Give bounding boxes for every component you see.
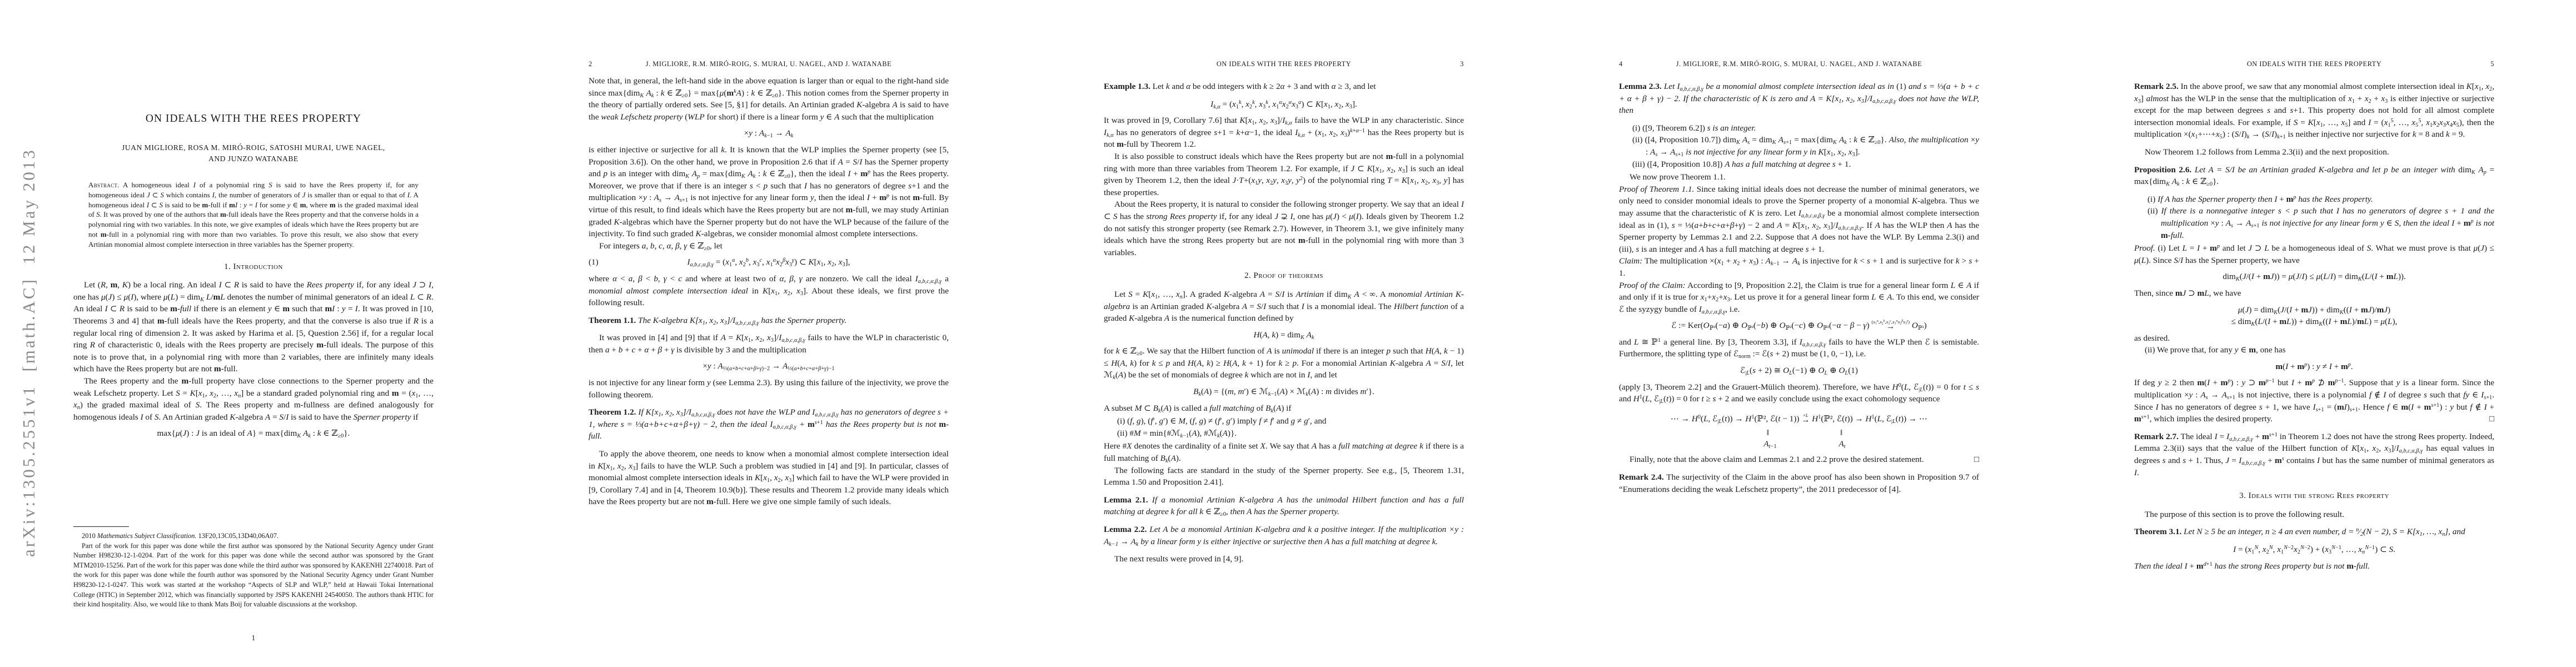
theorem-1-1: Theorem 1.1. The K-algebra K[x1, x2, x3]… [589,315,949,327]
formula: dimK(J/(I + mJ)) = μ(J/I) ≤ μ(L/I) = dim… [2134,271,2494,283]
page-1-content: ON IDEALS WITH THE REES PROPERTYJUAN MIG… [73,112,434,444]
para: To apply the above theorem, one needs to… [589,448,949,508]
footnote-acknowledgements: Part of the work for this paper was done… [73,541,434,610]
page-1: arXiv:1305.2551v1 [math.AC] 12 May 2013 … [0,0,515,667]
list-item: (ii) #M = min{#ℳk−1(A), #ℳk(A)}. [1104,427,1464,440]
paper-authors: JUAN MIGLIORE, ROSA M. MIRÓ-ROIG, SATOSH… [73,142,434,164]
list-item: (i) (f, g), (f′, g′) ∈ M, (f, g) ≠ (f′, … [1104,415,1464,427]
running-head-authors: J. MIGLIORE, R.M. MIRÓ-ROIG, S. MURAI, U… [1676,60,1922,68]
para: The following facts are standard in the … [1104,465,1464,489]
page-number: 2 [589,60,592,68]
theorem-1-2: Theorem 1.2. If K[x1, x2, x3]/Ia,b,c,α,β… [589,406,949,442]
para0: Claim: The multiplication ×(x1 + x2 + x3… [1619,255,1979,279]
example-1-3: Example 1.3. Let k and α be odd integers… [1104,81,1464,93]
paper-title: ON IDEALS WITH THE REES PROPERTY [73,112,434,126]
para0: A subset M ⊂ Bk(A) is called a full matc… [1104,402,1464,415]
page-5-content: Remark 2.5. In the above proof, we saw t… [2134,75,2494,572]
formula: max{μ(J) : J is an ideal of A} = max{dim… [73,427,434,440]
para: Finally, note that the above claim and L… [1619,454,1979,466]
section-heading-introduction: 1. Introduction [73,261,434,273]
page-number: 4 [1619,60,1623,68]
list: (i) (f, g), (f′, g′) ∈ M, (f, g) ≠ (f′, … [1104,415,1464,439]
abstract: Abstract. A homogeneous ideal I of a pol… [88,180,418,250]
page-4-content: Lemma 2.3. Let Ia,b,c,α,β,γ be a monomia… [1619,75,1979,501]
formula: ℰ := Ker(Oℙ²(−a) ⊕ Oℙ²(−b) ⊕ Oℙ²(−c) ⊕ O… [1619,320,1979,332]
lemma-2-3: Lemma 2.3. Let Ia,b,c,α,β,γ be a monomia… [1619,81,1979,117]
list-item: (ii) If there is a nonnegative integer s… [2134,205,2494,241]
section-heading-proof: 2. Proof of theorems [1104,270,1464,282]
running-head: 4 J. MIGLIORE, R.M. MIRÓ-ROIG, S. MURAI,… [1619,60,1979,68]
formula: μ(J) = dimK(J/(I + mJ)) + dimK((I + mJ)/… [2134,304,2494,328]
formula: Bk(A) = {(m, m′) ∈ ℳk−1(A) × ℳk(A) : m d… [1104,386,1464,398]
formula: Ik,α = (x1k, x2k, x3k, x1αx2αx3α) ⊂ K[x1… [1104,98,1464,111]
para: We now prove Theorem 1.1. [1619,171,1979,183]
para: (ii) We prove that, for any y ∈ m, one h… [2134,344,2494,356]
running-head-authors: J. MIGLIORE, R.M. MIRÓ-ROIG, S. MURAI, U… [646,60,891,68]
theorem-3-1: Theorem 3.1. Let N ≥ 5 be an integer, n … [2134,526,2494,538]
para: The Rees property and the m-full propert… [73,375,434,423]
para0: (apply [3, Theorem 2.2] and the Grauert-… [1619,381,1979,405]
para0: for k ∈ ℤ≥0. We say that the Hilbert fun… [1104,345,1464,381]
list-item: (iii) ([4, Proposition 10.8]) A has a fu… [1619,158,1979,171]
page-number: 3 [1460,60,1464,68]
para: The purpose of this section is to prove … [2134,509,2494,521]
equation-number: (1) [589,256,599,268]
running-head: 2 J. MIGLIORE, R.M. MIRÓ-ROIG, S. MURAI,… [589,60,949,68]
formula: ×y : A⅓(a+b+c+α+β+γ)−2 → A⅓(a+b+c+α+β+γ)… [589,360,949,372]
page-2-content: Note that, in general, the left-hand sid… [589,75,949,508]
para0: Note that, in general, the left-hand sid… [589,75,949,123]
formula: m(I + mp) : y ≠ I + mp. [2134,361,2494,373]
para: It is also possible to construct ideals … [1104,151,1464,198]
para0: Then the ideal I + md+1 has the strong R… [2134,560,2494,573]
para0: Proof of Theorem 1.1. Since taking initi… [1619,183,1979,256]
footnotes: 2010 Mathematics Subject Classification.… [73,531,434,610]
para0: is either injective or surjective for al… [589,144,949,240]
list-item: (i) ([9, Theorem 6.2]) s is an integer. [1619,122,1979,135]
page-number: 5 [2490,60,2494,68]
remark-2-4: Remark 2.4. The surjectivity of the Clai… [1619,471,1979,495]
list: (i) If A has the Sperner property then I… [2134,193,2494,241]
para: It was proved in [4] and [9] that if A =… [589,332,949,356]
para0: and L ≅ ℙ1 a general line. By [3, Theore… [1619,336,1979,360]
lemma-2-2: Lemma 2.2. Let A be a monomial Artinian … [1104,524,1464,547]
para0: Proof. (i) Let L = I + mp and let J ⊃ L … [2134,242,2494,266]
page-3-content: Example 1.3. Let k and α be odd integers… [1104,75,1464,565]
section-heading-strong-rees: 3. Ideals with the strong Rees property [2134,490,2494,502]
page-2: 2 J. MIGLIORE, R.M. MIRÓ-ROIG, S. MURAI,… [515,0,1030,667]
running-head: ON IDEALS WITH THE REES PROPERTY 3 [1104,60,1464,68]
para: Let (R, m, K) be a local ring. An ideal … [73,279,434,375]
para: Now Theorem 1.2 follows from Lemma 2.3(i… [2134,146,2494,158]
para0: is not injective for any linear form y (… [589,377,949,401]
formula: ℰ|L(s + 2) ≅ OL(−1) ⊕ OL ⊕ OL(1) [1619,365,1979,377]
arxiv-watermark: arXiv:1305.2551v1 [math.AC] 12 May 2013 [19,148,39,557]
para0: Then, since mJ ⊃ mL, we have [2134,287,2494,300]
page-3: ON IDEALS WITH THE REES PROPERTY 3 Examp… [1030,0,1546,667]
para0: where α < a, β < b, γ < c and where at l… [589,273,949,309]
page-number: 1 [73,634,434,643]
para: Let S = K[x1, …, xn]. A graded K-algebra… [1104,288,1464,325]
para: About the Rees property, it is natural t… [1104,198,1464,258]
para0: as desired. [2134,332,2494,345]
footnote-rule [73,526,129,527]
para0: Proof of the Claim: According to [9, Pro… [1619,280,1979,316]
para0: It was proved in [9, Corollary 7.6] that… [1104,115,1464,151]
page-4: 4 J. MIGLIORE, R.M. MIRÓ-ROIG, S. MURAI,… [1546,0,2061,667]
remark-2-7: Remark 2.7. The ideal I = Ia,b,c,α,β,γ +… [2134,431,2494,479]
running-head-title: ON IDEALS WITH THE REES PROPERTY [2247,60,2381,68]
formula: ×y : Ak−1 → Ak [589,127,949,140]
footnote-msc: 2010 Mathematics Subject Classification.… [73,531,434,541]
eq: (1)Ia,b,c,α,β,γ = (x1a, x2b, x3c, x1αx2β… [589,256,949,268]
list-item: (ii) ([4, Proposition 10.7]) dimK As = d… [1619,134,1979,158]
remark-2-5: Remark 2.5. In the above proof, we saw t… [2134,81,2494,141]
para: The next results were proved in [4, 9]. [1104,553,1464,565]
lemma-2-1: Lemma 2.1. If a monomial Artinian K-alge… [1104,494,1464,518]
paper-screenshot: { "document": { "watermark": "arXiv:1305… [0,0,2576,667]
para0: If deg y ≥ 2 then m(I + mp) : y ⊃ mp−1 b… [2134,377,2494,425]
running-head-title: ON IDEALS WITH THE REES PROPERTY [1217,60,1351,68]
para: For integers a, b, c, α, β, γ ∈ ℤ≥0, let [589,240,949,252]
para0: Here #X denotes the cardinality of a fin… [1104,440,1464,464]
page-5: ON IDEALS WITH THE REES PROPERTY 5 Remar… [2061,0,2576,667]
formula: I = (x1N, x2N, x1N−2x2N−2) + (x3N−1, …, … [2134,544,2494,556]
list: (i) ([9, Theorem 6.2]) s is an integer.(… [1619,122,1979,170]
formula: H(A, k) = dimK Ak [1104,329,1464,341]
cohomology-sequence: ⋯ → H0(L, ℰ|L(t)) → H1(ℙ², ℰ(t − 1)) ×L→… [1619,413,1979,450]
running-head: ON IDEALS WITH THE REES PROPERTY 5 [2134,60,2494,68]
list-item: (i) If A has the Sperner property then I… [2134,193,2494,206]
proposition-2-6: Proposition 2.6. Let A = S/I be an Artin… [2134,164,2494,188]
